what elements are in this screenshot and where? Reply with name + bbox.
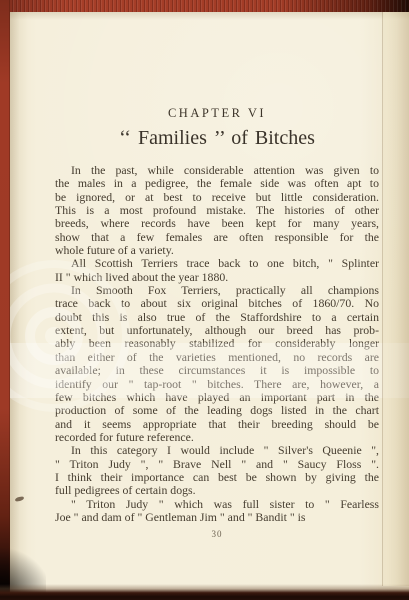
text-line: breeds, where records have been kept for…: [55, 217, 379, 230]
text-line: In Smooth Fox Terriers, practically all …: [55, 284, 379, 297]
text-line: extent, but unfortunately, although our …: [55, 324, 379, 337]
text-line: identify our " tap-root " bitches. There…: [55, 378, 379, 391]
text-line: the males in a pedigree, the female side…: [55, 177, 379, 190]
text-line: In this category I would include " Silve…: [55, 444, 379, 457]
text-line: ably been reasonably stabilized for cons…: [55, 337, 379, 350]
page-number: 30: [55, 529, 379, 539]
text-line: be ignored, or at best to receive but li…: [55, 191, 379, 204]
book-cover-bottom-edge: [0, 584, 409, 600]
paragraph: All Scottish Terriers trace back to one …: [55, 257, 379, 284]
paragraph: In Smooth Fox Terriers, practically all …: [55, 284, 379, 444]
text-line: II " which lived about the year 1880.: [55, 271, 379, 284]
paragraph: In the past, while considerable attentio…: [55, 164, 379, 257]
chapter-heading: CHAPTER VI: [55, 106, 379, 121]
text-line: few bitches which have played an importa…: [55, 391, 379, 404]
text-line: " Triton Judy ", " Brave Nell " and " Sa…: [55, 458, 379, 471]
book-cover-top-edge: [0, 0, 409, 12]
text-line: This is a most profound mistake. The his…: [55, 204, 379, 217]
paragraph: In this category I would include " Silve…: [55, 444, 379, 497]
text-line: and it seems appropriate that their bree…: [55, 418, 379, 431]
body-text: In the past, while considerable attentio…: [55, 164, 379, 524]
text-line: than either of the varieties mentioned, …: [55, 351, 379, 364]
page-top-shade: [9, 12, 409, 20]
text-line: trace back to about six original bitches…: [55, 297, 379, 310]
text-line: " Triton Judy " which was full sister to…: [55, 498, 379, 511]
text-line: full pedigrees of certain dogs.: [55, 484, 379, 497]
page-title: ‘‘ Families ’’ of Bitches: [55, 127, 379, 150]
text-line: Joe " and dam of " Gentleman Jim " and "…: [55, 511, 379, 524]
text-line: In the past, while considerable attentio…: [55, 164, 379, 177]
text-line: show that a few females are often respon…: [55, 231, 379, 244]
text-line: production of some of the leading dogs l…: [55, 404, 379, 417]
text-line: doubt this is also true of the Staffords…: [55, 311, 379, 324]
page-stack-right-edge: [382, 12, 409, 586]
text-line: All Scottish Terriers trace back to one …: [55, 257, 379, 270]
book-photo: CHAPTER VI ‘‘ Families ’’ of Bitches In …: [0, 0, 409, 600]
text-line: I think their importance can best be sho…: [55, 471, 379, 484]
text-line: available; in these circumstances it is …: [55, 364, 379, 377]
page-gutter-shade: [10, 0, 28, 600]
text-line: whole future of a variety.: [55, 244, 379, 257]
paragraph: " Triton Judy " which was full sister to…: [55, 498, 379, 525]
book-cover-left-edge: [0, 0, 10, 600]
text-line: recorded for future reference.: [55, 431, 379, 444]
